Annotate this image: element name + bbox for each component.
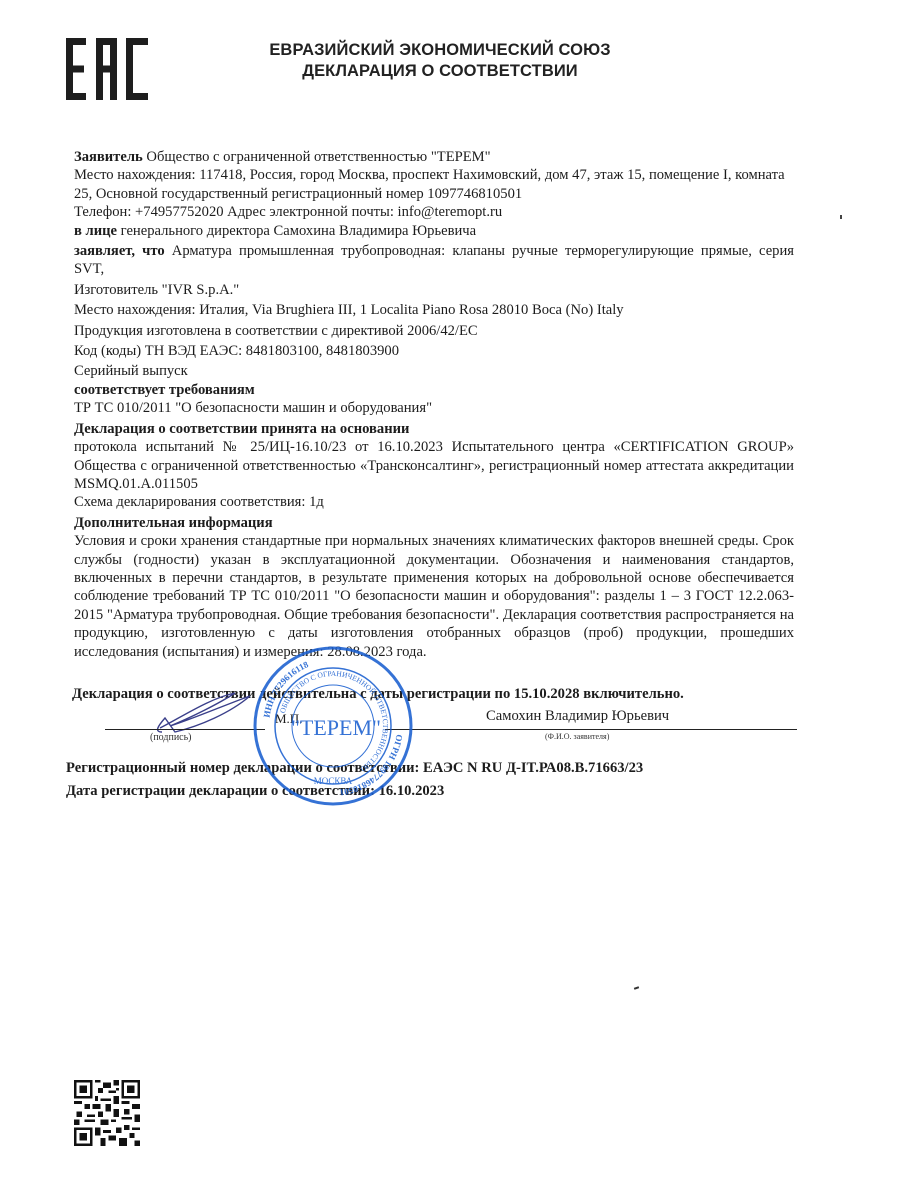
requirements-value: ТР ТС 010/2011 "О безопасности машин и о… (74, 399, 794, 417)
manufacturer-address: Место нахождения: Италия, Via Brughiera … (74, 301, 794, 319)
basis-value: протокола испытаний № 25/ИЦ-16.10/23 от … (74, 438, 794, 493)
representative-label: в лице (74, 223, 117, 239)
document-header: ЕВРАЗИЙСКИЙ ЭКОНОМИЧЕСКИЙ СОЮЗ ДЕКЛАРАЦИ… (160, 40, 720, 82)
representative-line: в лице генерального директора Самохина В… (74, 222, 794, 240)
declares-label: заявляет, что (74, 243, 165, 259)
scan-speck (840, 215, 842, 219)
document-body: Заявитель Общество с ограниченной ответс… (74, 148, 794, 661)
eac-logo (66, 38, 148, 100)
union-title: ЕВРАЗИЙСКИЙ ЭКОНОМИЧЕСКИЙ СОЮЗ (160, 40, 720, 61)
product-description: Арматура промышленная трубопроводная: кл… (74, 243, 794, 277)
tn-ved-codes: Код (коды) ТН ВЭД ЕАЭС: 8481803100, 8481… (74, 342, 794, 360)
applicant-contacts: Телефон: +74957752020 Адрес электронной … (74, 203, 794, 221)
declaration-scheme: Схема декларирования соответствия: 1д (74, 493, 794, 511)
company-stamp-icon: ИНН 7729616118 ОГРН 1097746810501 ОБЩЕСТ… (252, 645, 414, 807)
declares-line: заявляет, что Арматура промышленная труб… (74, 242, 794, 279)
eac-mark-icon (66, 38, 148, 100)
additional-info-label: Дополнительная информация (74, 514, 794, 532)
signature-line (105, 729, 265, 730)
manufacturer: Изготовитель "IVR S.p.A." (74, 281, 794, 299)
applicant-name: Общество с ограниченной ответственностью… (143, 149, 491, 165)
name-line (385, 729, 797, 730)
svg-text:"ТЕРЕМ": "ТЕРЕМ" (291, 715, 381, 740)
production-type: Серийный выпуск (74, 362, 794, 380)
applicant-address: Место нахождения: 117418, Россия, город … (74, 166, 794, 203)
applicant-line: Заявитель Общество с ограниченной ответс… (74, 148, 794, 166)
signature-caption: (подпись) (150, 732, 192, 743)
representative-name: генерального директора Самохина Владимир… (117, 223, 476, 239)
requirements-label: соответствует требованиям (74, 381, 794, 399)
directive: Продукция изготовлена в соответствии с д… (74, 322, 794, 340)
scan-speck (634, 986, 639, 990)
applicant-label: Заявитель (74, 149, 143, 165)
declaration-title: ДЕКЛАРАЦИЯ О СООТВЕТСТВИИ (160, 61, 720, 82)
basis-label: Декларация о соответствии принята на осн… (74, 420, 794, 438)
name-caption: (Ф.И.О. заявителя) (545, 732, 609, 741)
svg-text:МОСКВА: МОСКВА (314, 776, 353, 786)
additional-info-value: Условия и сроки хранения стандартные при… (74, 532, 794, 661)
qr-code-icon (74, 1080, 140, 1146)
signer-name: Самохин Владимир Юрьевич (486, 708, 669, 725)
